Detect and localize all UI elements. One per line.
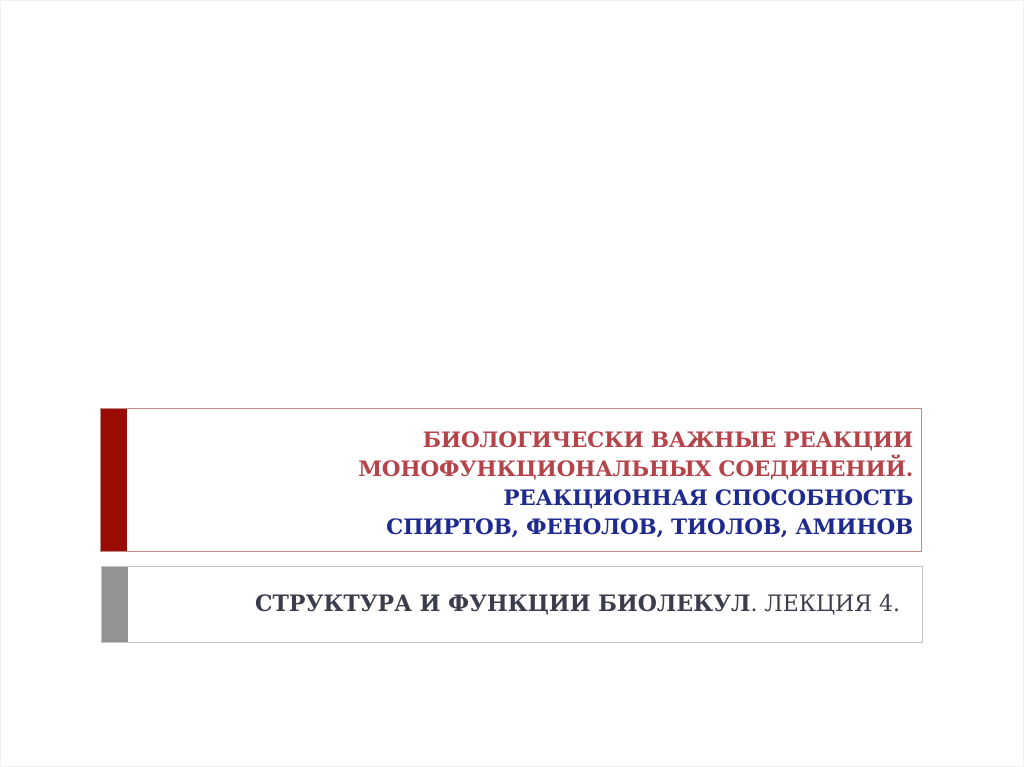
slide-title: БИОЛОГИЧЕСКИ ВАЖНЫЕ РЕАКЦИИ МОНОФУНКЦИОН… bbox=[358, 426, 913, 542]
title-box: БИОЛОГИЧЕСКИ ВАЖНЫЕ РЕАКЦИИ МОНОФУНКЦИОН… bbox=[100, 408, 922, 552]
title-line-2: МОНОФУНКЦИОНАЛЬНЫХ СОЕДИНЕНИЙ. bbox=[358, 455, 913, 484]
title-line-4: СПИРТОВ, ФЕНОЛОВ, ТИОЛОВ, АМИНОВ bbox=[358, 513, 913, 542]
title-line-1: БИОЛОГИЧЕСКИ ВАЖНЫЕ РЕАКЦИИ bbox=[358, 426, 913, 455]
subtitle-box: СТРУКТУРА И ФУНКЦИИ БИОЛЕКУЛ. ЛЕКЦИЯ 4. bbox=[101, 566, 923, 643]
subtitle-course-name: СТРУКТУРА И ФУНКЦИИ БИОЛЕКУЛ bbox=[255, 591, 750, 617]
subtitle-lecture-number: . ЛЕКЦИЯ 4. bbox=[750, 592, 900, 617]
slide-subtitle: СТРУКТУРА И ФУНКЦИИ БИОЛЕКУЛ. ЛЕКЦИЯ 4. bbox=[255, 590, 900, 619]
subtitle-accent-bar bbox=[102, 567, 128, 642]
title-accent-bar bbox=[101, 409, 127, 551]
title-line-3: РЕАКЦИОННАЯ СПОСОБНОСТЬ bbox=[358, 484, 913, 513]
presentation-slide: БИОЛОГИЧЕСКИ ВАЖНЫЕ РЕАКЦИИ МОНОФУНКЦИОН… bbox=[0, 0, 1024, 767]
